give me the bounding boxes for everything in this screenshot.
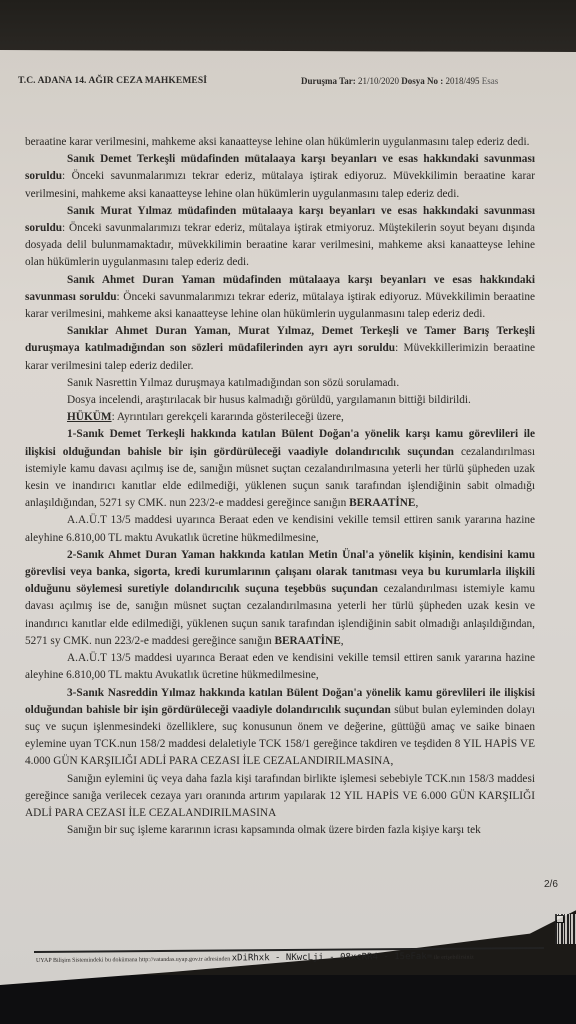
paragraph: A.A.Ü.T 13/5 maddesi uyarınca Beraat ede… xyxy=(25,512,535,546)
paragraph: Sanık Nasrettin Yılmaz duruşmaya katılma… xyxy=(25,375,535,392)
verdict-item-3: 3-Sanık Nasreddin Yılmaz hakkında katıla… xyxy=(25,685,535,771)
file-number: 2018/495 xyxy=(446,76,480,86)
paragraph: Sanıklar Ahmet Duran Yaman, Murat Yılmaz… xyxy=(25,323,535,375)
background-surface-top xyxy=(0,0,576,52)
verdict-item-1: 1-Sanık Demet Terkeşli hakkında katılan … xyxy=(25,426,535,512)
verdict-heading: HÜKÜM: Ayrıntıları gerekçeli kararında g… xyxy=(25,409,535,426)
qr-code-icon xyxy=(555,914,576,944)
hearing-label: Duruşma Tar: xyxy=(301,76,356,86)
paragraph: beraatine karar verilmesini, mahkeme aks… xyxy=(25,134,535,151)
footer-suffix: ile erişebilirsiniz xyxy=(434,955,474,961)
file-type: Esas xyxy=(482,76,499,86)
document-body: beraatine karar verilmesini, mahkeme aks… xyxy=(25,134,535,839)
hearing-date: 21/10/2020 xyxy=(358,76,399,86)
paragraph: Sanık Murat Yılmaz müdafinden mütalaaya … xyxy=(25,203,535,272)
paragraph: Sanığın bir suç işleme kararının icrası … xyxy=(25,822,535,839)
paragraph: Sanık Ahmet Duran Yaman müdafinden mütal… xyxy=(25,272,535,324)
file-label: Dosya No : xyxy=(401,76,443,86)
case-meta: Duruşma Tar: 21/10/2020 Dosya No : 2018/… xyxy=(301,76,498,86)
footer-prefix: UYAP Bilişim Sistemindeki bu dokümana ht… xyxy=(36,956,230,964)
paragraph: Dosya incelendi, araştırılacak bir husus… xyxy=(25,392,535,409)
paragraph: A.A.Ü.T 13/5 maddesi uyarınca Beraat ede… xyxy=(25,650,535,684)
background-surface-bottom xyxy=(0,975,576,1024)
verdict-item-2: 2-Sanık Ahmet Duran Yaman hakkında katıl… xyxy=(25,547,535,650)
court-name: T.C. ADANA 14. AĞIR CEZA MAHKEMESİ xyxy=(18,76,207,86)
verification-code: xDiRhxk - NKwcLji - 08xcRR4 - 15eFak= xyxy=(232,952,433,964)
paragraph: Sanığın eylemini üç veya daha fazla kişi… xyxy=(25,771,535,823)
paragraph: Sanık Demet Terkeşli müdafinden mütalaay… xyxy=(25,151,535,203)
page-number: 2/6 xyxy=(544,879,558,890)
